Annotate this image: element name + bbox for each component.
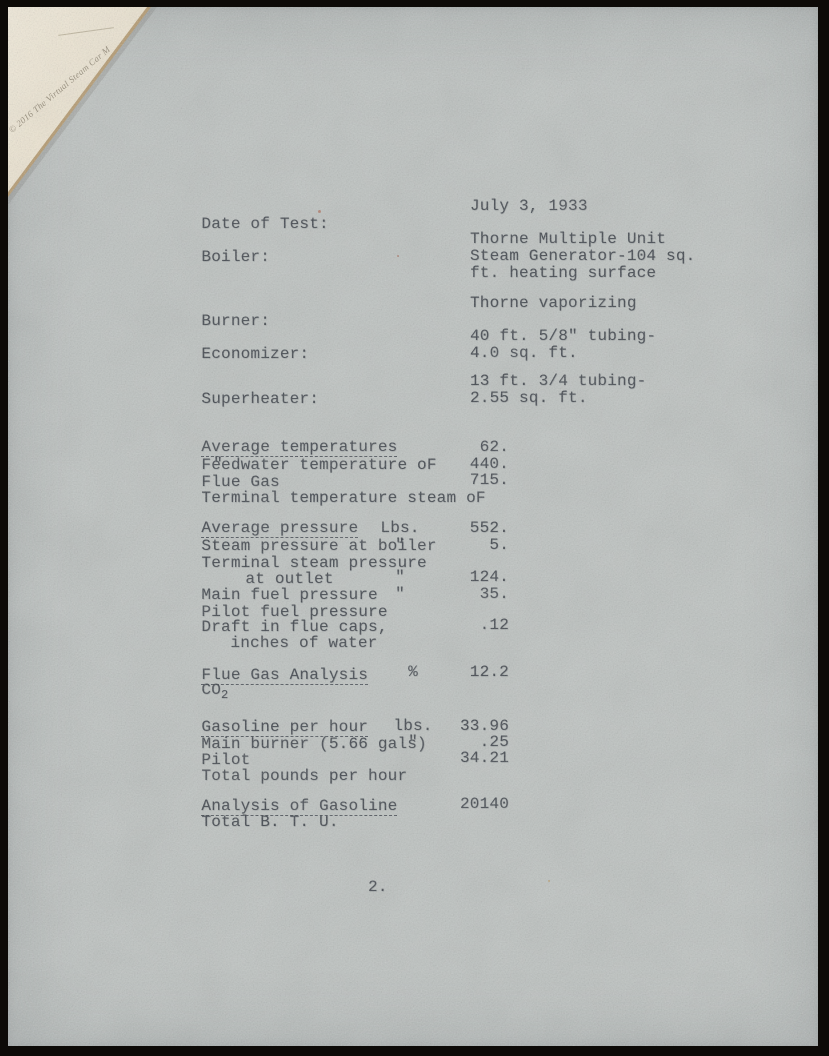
row-value: 715. <box>423 471 509 489</box>
table-row: Superheater: 13 ft. 3/4 tubing- <box>123 372 319 389</box>
row-value: ft. heating surface <box>470 264 656 282</box>
table-row: Total B. T. U. 20140 <box>123 795 339 812</box>
row-value: 4.0 sq. ft. <box>470 344 578 362</box>
page-number: 2. <box>368 878 388 896</box>
row-label: CO2 <box>201 681 228 699</box>
section-heading: Average temperatures <box>123 420 397 437</box>
row-value: July 3, 1933 <box>470 197 588 215</box>
table-row: Steam pressure at boiler Lbs. 552. <box>123 519 437 536</box>
table-row: ft. heating surface <box>123 264 201 281</box>
scanned-photo: © 2016 The Virtual Steam Car M Date of T… <box>0 0 829 1056</box>
row-unit: " <box>378 568 422 586</box>
row-value: 34.21 <box>423 749 509 767</box>
table-row: Total pounds per hour 34.21 <box>123 749 407 766</box>
row-label: Economizer: <box>201 345 309 363</box>
section-heading: Gasoline per hour <box>123 700 368 717</box>
table-row: Economizer: 40 ft. 5/8" tubing- <box>123 327 309 344</box>
table-row: 2.55 sq. ft. <box>123 389 201 406</box>
row-label: Boiler: <box>201 248 270 266</box>
table-row: Draft in flue caps, <box>123 600 388 617</box>
table-row: Steam Generator-104 sq. <box>123 247 201 264</box>
section-heading: Average pressure <box>123 501 358 518</box>
row-unit: Lbs. <box>378 519 422 537</box>
table-row: inches of water .12 <box>123 616 377 633</box>
row-value: 35. <box>423 585 509 603</box>
table-row: Terminal temperature steam oF 715. <box>123 471 486 488</box>
row-label: Total B. T. U. <box>201 813 338 831</box>
typewritten-text: Date of Test: July 3, 1933 Boiler: Thorn… <box>8 7 818 1046</box>
table-row: Main burner (5.66 gals) lbs. 33.96 <box>123 717 427 734</box>
row-value: 20140 <box>423 795 509 813</box>
row-value: Thorne vaporizing <box>470 294 637 312</box>
row-unit: " <box>378 536 422 554</box>
row-value: 13 ft. 3/4 tubing- <box>470 372 646 390</box>
row-value: 40 ft. 5/8" tubing- <box>470 327 656 345</box>
table-row: Burner: Thorne vaporizing <box>123 294 270 311</box>
document-page: © 2016 The Virtual Steam Car M Date of T… <box>8 7 818 1046</box>
table-row: Terminal steam pressure " 5. <box>123 536 427 553</box>
row-value: Thorne Multiple Unit <box>470 230 666 248</box>
table-row: Feedwater temperature oF 62. <box>123 438 437 455</box>
row-value: 62. <box>423 438 509 456</box>
row-value: 2.55 sq. ft. <box>470 389 588 407</box>
row-value: 552. <box>423 519 509 537</box>
table-row: 4.0 sq. ft. <box>123 344 201 361</box>
row-value: Steam Generator-104 sq. <box>470 247 695 265</box>
section-heading: Analysis of Gasoline <box>123 779 397 796</box>
table-row: Flue Gas " 440. <box>123 455 280 472</box>
row-value: 124. <box>423 568 509 586</box>
table-row: Boiler: Thorne Multiple Unit <box>123 230 270 247</box>
row-value: .12 <box>423 616 509 634</box>
table-row: at outlet <box>123 552 334 569</box>
table-row: Main fuel pressure " 124. <box>123 568 378 585</box>
table-row: Date of Test: July 3, 1933 <box>123 197 329 214</box>
row-label: Superheater: <box>201 390 319 408</box>
table-row: CO2 % 12.2 <box>123 663 228 680</box>
row-value: 5. <box>423 536 509 554</box>
table-row: Pilot " .25 <box>123 733 250 750</box>
row-value: 12.2 <box>423 663 509 681</box>
